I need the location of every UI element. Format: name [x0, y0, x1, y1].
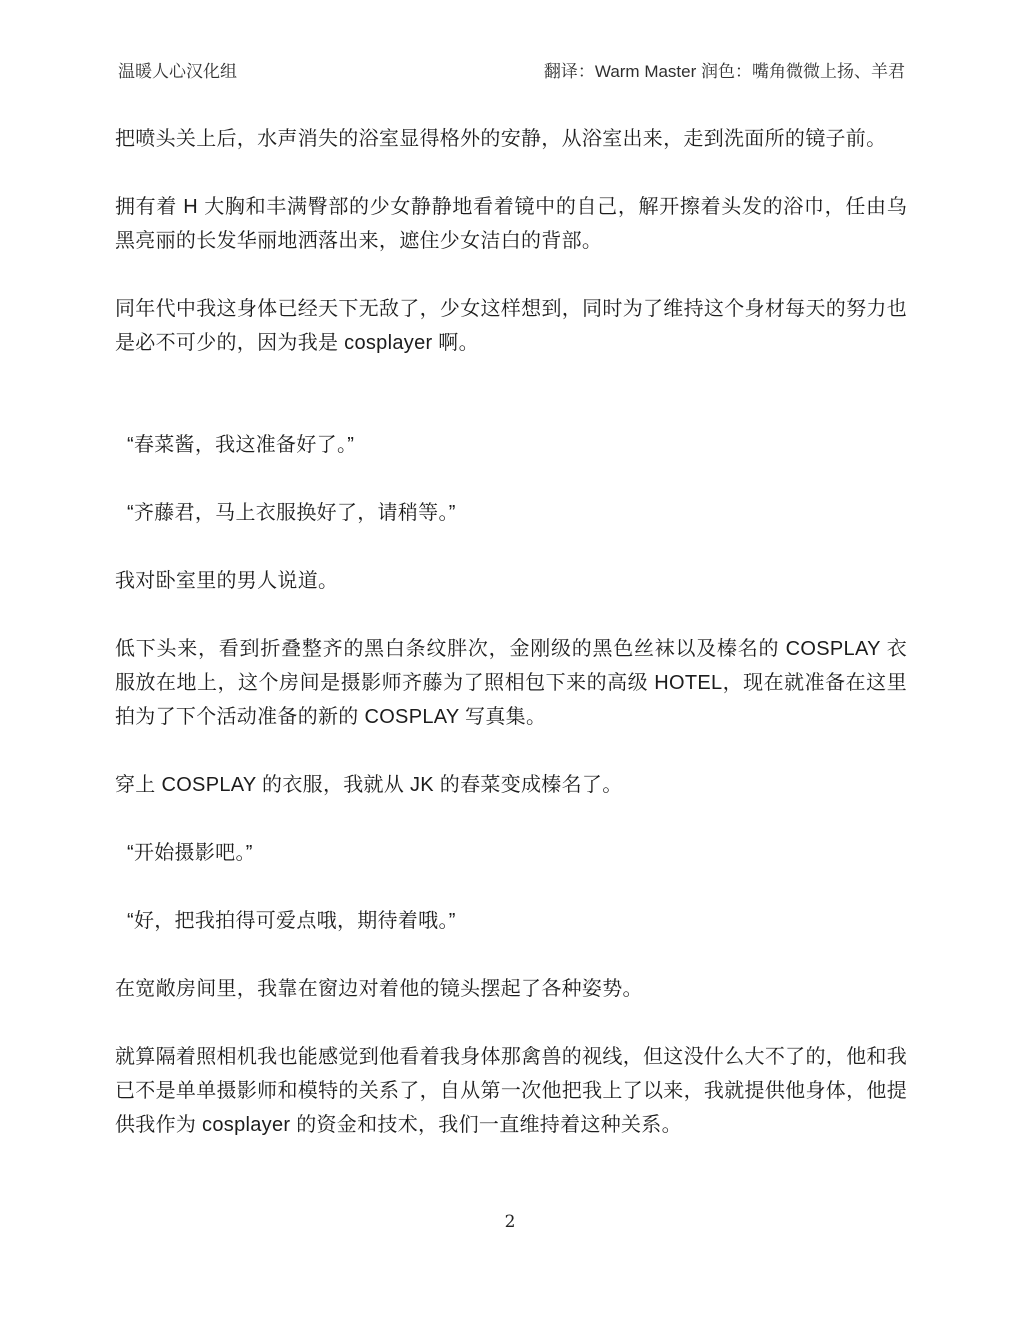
paragraph: 同年代中我这身体已经天下无敌了，少女这样想到，同时为了维持这个身材每天的努力也是…: [115, 292, 907, 360]
page-header: 温暖人心汉化组 翻译：Warm Master 润色：嘴角微微上扬、羊君: [118, 62, 905, 82]
paragraph-dialogue: “春菜酱，我这准备好了。”: [115, 428, 907, 462]
document-body: 把喷头关上后，水声消失的浴室显得格外的安静，从浴室出来，走到洗面所的镜子前。 拥…: [115, 122, 907, 1176]
document-page: 温暖人心汉化组 翻译：Warm Master 润色：嘴角微微上扬、羊君 把喷头关…: [0, 0, 1020, 1320]
paragraph: 穿上 COSPLAY 的衣服，我就从 JK 的春菜变成榛名了。: [115, 768, 907, 802]
paragraph: 低下头来，看到折叠整齐的黑白条纹胖次，金刚级的黑色丝袜以及榛名的 COSPLAY…: [115, 632, 907, 734]
paragraph: 把喷头关上后，水声消失的浴室显得格外的安静，从浴室出来，走到洗面所的镜子前。: [115, 122, 907, 156]
paragraph-dialogue: “开始摄影吧。”: [115, 836, 907, 870]
paragraph-dialogue: “好，把我拍得可爱点哦，期待着哦。”: [115, 904, 907, 938]
header-group-name: 温暖人心汉化组: [118, 62, 237, 82]
paragraph: 就算隔着照相机我也能感觉到他看着我身体那禽兽的视线，但这没什么大不了的，他和我已…: [115, 1040, 907, 1142]
page-footer: 2: [0, 1212, 1020, 1232]
paragraph-dialogue: “齐藤君，马上衣服换好了，请稍等。”: [115, 496, 907, 530]
paragraph: 拥有着 H 大胸和丰满臀部的少女静静地看着镜中的自己，解开擦着头发的浴巾，任由乌…: [115, 190, 907, 258]
paragraph: 在宽敞房间里，我靠在窗边对着他的镜头摆起了各种姿势。: [115, 972, 907, 1006]
paragraph: 我对卧室里的男人说道。: [115, 564, 907, 598]
page-number: 2: [505, 1212, 516, 1232]
header-credits: 翻译：Warm Master 润色：嘴角微微上扬、羊君: [544, 62, 905, 82]
